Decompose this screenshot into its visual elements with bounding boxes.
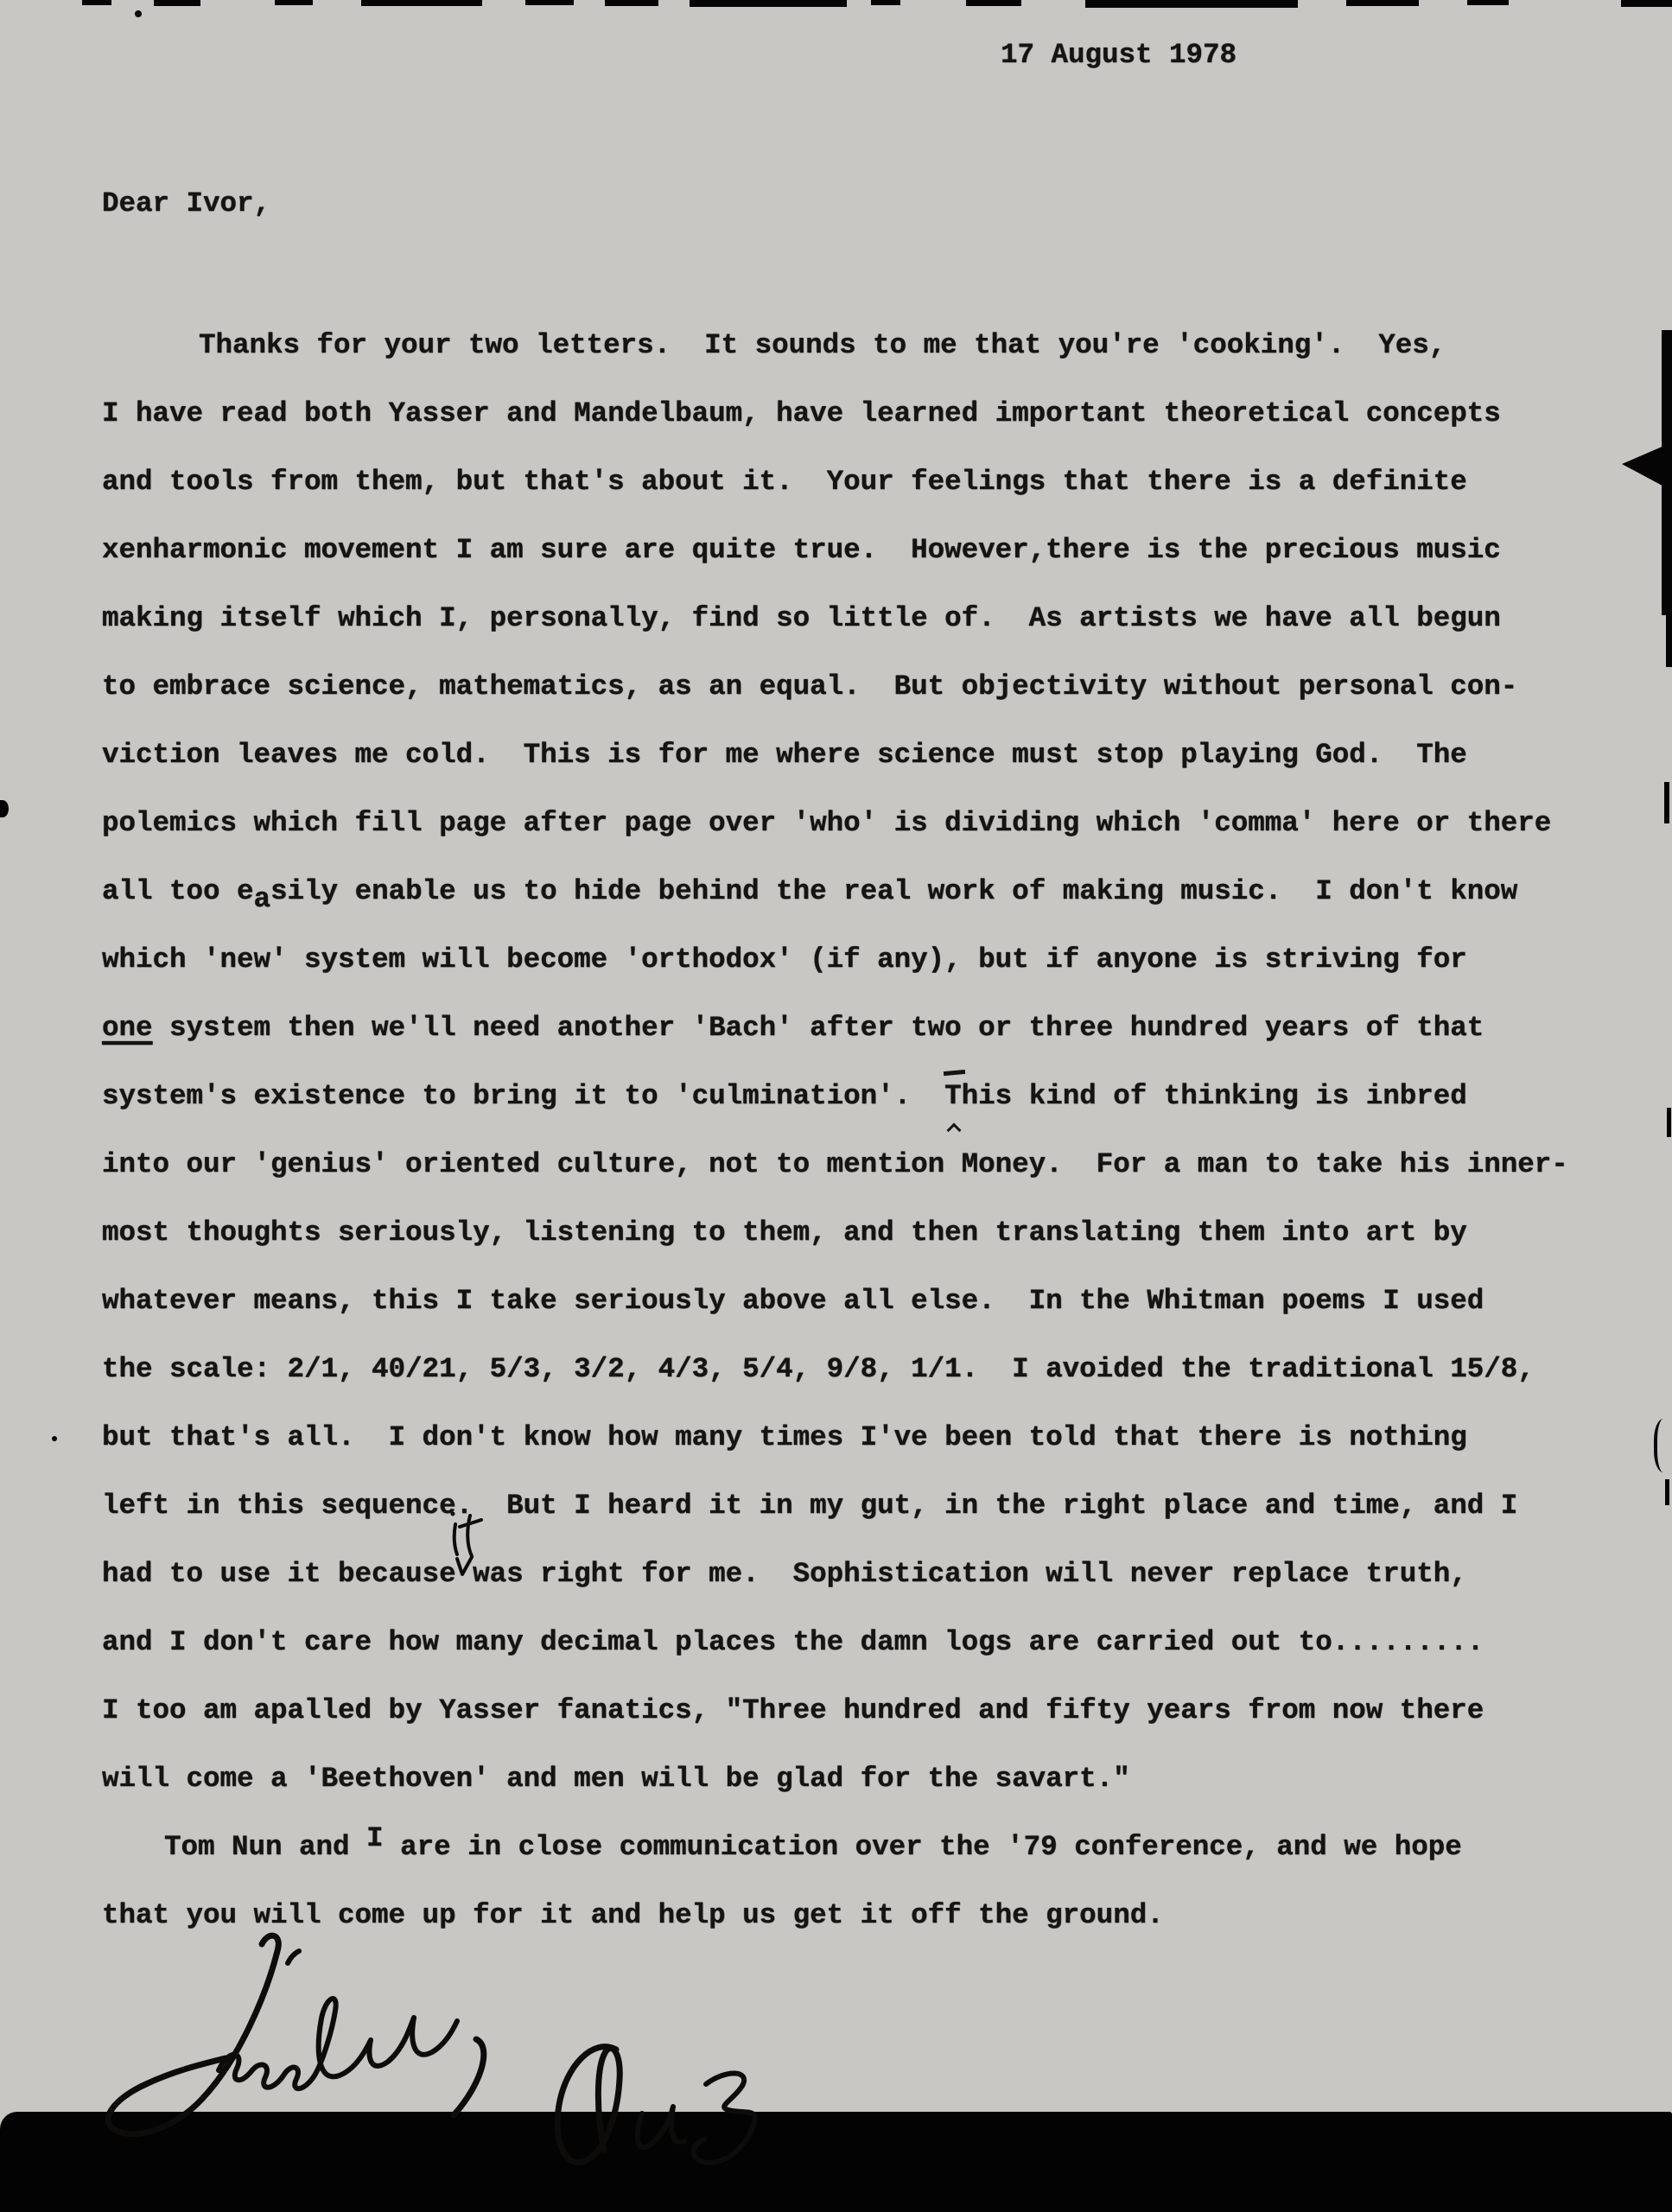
letter-segment-overmark: This xyxy=(944,1080,1012,1112)
letter-line: I too am apalled by Yasser fanatics, "Th… xyxy=(102,1694,1484,1728)
scan-artifact-top-dash xyxy=(1346,0,1419,6)
handwritten-insertion: it xyxy=(442,1507,487,1584)
letter-line: whatever means, this I take seriously ab… xyxy=(102,1284,1484,1319)
scan-artifact-top-dash xyxy=(361,0,482,6)
letter-segment: but that's all. I don't know how many ti… xyxy=(102,1421,1467,1453)
letter-segment: system's existence to bring it to 'culmi… xyxy=(102,1080,944,1112)
scan-artifact-top-dash xyxy=(871,0,900,5)
letter-line: and I don't care how many decimal places… xyxy=(102,1625,1484,1660)
letter-line: but that's all. I don't know how many ti… xyxy=(102,1421,1467,1455)
letter-segment: viction leaves me cold. This is for me w… xyxy=(102,739,1467,771)
scan-artifact-right-tick xyxy=(1667,1108,1671,1137)
signature-valediction: Sincerely, xyxy=(73,1929,523,2158)
scan-artifact-arrowhead xyxy=(1622,442,1672,491)
letter-segment: Thanks for your two letters. It sounds t… xyxy=(199,329,1446,361)
letter-line: all too easily enable us to hide behind … xyxy=(102,874,1517,909)
scan-artifact-right-strip xyxy=(1666,615,1672,667)
letter-segment: sily enable us to hide behind the real w… xyxy=(270,875,1517,907)
scan-artifact-top-dash xyxy=(690,0,847,7)
letter-segment: most thoughts seriously, listening to th… xyxy=(102,1217,1467,1249)
letter-line: had to use it because was right for me. … xyxy=(102,1557,1467,1592)
letter-segment: xenharmonic movement I am sure are quite… xyxy=(102,534,1501,566)
letter-line: making itself which I, personally, find … xyxy=(102,601,1501,636)
letter-segment: which 'new' system will become 'orthodox… xyxy=(102,944,1467,976)
letter-line: most thoughts seriously, listening to th… xyxy=(102,1216,1467,1250)
letter-date: 17 August 1978 xyxy=(1001,38,1237,73)
letter-line: left in this sequence. But I heard it in… xyxy=(102,1489,1517,1523)
letter-line: viction leaves me cold. This is for me w… xyxy=(102,738,1467,772)
letter-line: and tools from them, but that's about it… xyxy=(102,465,1467,499)
letter-salutation: Dear Ivor, xyxy=(102,187,270,221)
scan-artifact-top-dash xyxy=(1467,0,1509,5)
scan-artifact-top-dash xyxy=(1085,0,1298,8)
letter-line: Thanks for your two letters. It sounds t… xyxy=(102,328,1446,363)
letter-line: will come a 'Beethoven' and men will be … xyxy=(102,1762,1130,1796)
signature-name-handwriting xyxy=(531,2029,799,2193)
letter-segment-sup: I xyxy=(366,1822,384,1854)
scan-artifact-right-curve xyxy=(1654,1419,1672,1472)
letter-segment: and I don't care how many decimal places… xyxy=(102,1626,1484,1658)
letter-segment: and tools from them, but that's about it… xyxy=(102,466,1467,498)
scan-artifact-top-dash xyxy=(82,0,111,5)
letter-segment: are in close communication over the '79 … xyxy=(384,1831,1462,1863)
letter-line: which 'new' system will become 'orthodox… xyxy=(102,943,1467,977)
letter-segment: that you will come up for it and help us… xyxy=(102,1899,1164,1931)
letter-line: Tom Nun and I are in close communication… xyxy=(102,1830,1462,1865)
letter-segment: kind of thinking is inbred xyxy=(1012,1080,1467,1112)
letter-line: system's existence to bring it to 'culmi… xyxy=(102,1079,1467,1114)
letter-segment: whatever means, this I take seriously ab… xyxy=(102,1285,1484,1317)
scan-artifact-top-dash xyxy=(275,0,313,5)
handwritten-insertion-strokes xyxy=(442,1507,487,1580)
letter-segment: making itself which I, personally, find … xyxy=(102,602,1501,634)
letter-segment: to embrace science, mathematics, as an e… xyxy=(102,671,1517,702)
letter-segment: into our 'genius' oriented culture, not … xyxy=(102,1148,1568,1180)
letter-segment: had to use it because was right for me. … xyxy=(102,1558,1467,1590)
letter-line: the scale: 2/1, 40/21, 5/3, 3/2, 4/3, 5/… xyxy=(102,1352,1535,1387)
scan-artifact-dot xyxy=(52,1436,57,1441)
valediction-handwriting xyxy=(73,1929,523,2153)
scan-artifact-left-mark xyxy=(0,800,9,817)
letter-line: that you will come up for it and help us… xyxy=(102,1898,1164,1933)
letter-segment: will come a 'Beethoven' and men will be … xyxy=(102,1763,1130,1795)
letter-segment: Tom Nun and xyxy=(164,1831,366,1863)
scan-artifact-top-dash xyxy=(154,0,200,6)
letter-segment: all too e xyxy=(102,875,254,907)
letter-segment: system then we'll need another 'Bach' af… xyxy=(153,1012,1484,1044)
letter-segment-sub: a xyxy=(254,883,271,915)
scan-artifact-top-dash xyxy=(605,0,658,6)
letter-segment: polemics which fill page after page over… xyxy=(102,807,1551,839)
letter-segment: the scale: 2/1, 40/21, 5/3, 3/2, 4/3, 5/… xyxy=(102,1353,1535,1385)
letter-segment: I have read both Yasser and Mandelbaum, … xyxy=(102,397,1501,429)
scan-artifact-top-dash xyxy=(966,0,1021,6)
letter-line: xenharmonic movement I am sure are quite… xyxy=(102,533,1501,568)
letter-segment: I too am apalled by Yasser fanatics, "Th… xyxy=(102,1694,1484,1726)
letter-line: one system then we'll need another 'Bach… xyxy=(102,1011,1484,1046)
letter-line: to embrace science, mathematics, as an e… xyxy=(102,670,1517,704)
scan-artifact-right-tick xyxy=(1665,1479,1669,1505)
letter-line: I have read both Yasser and Mandelbaum, … xyxy=(102,397,1501,431)
scan-artifact-dot xyxy=(135,10,142,17)
signature-name: Cris xyxy=(531,2029,799,2197)
scan-artifact-top-dash xyxy=(1621,0,1672,7)
letter-line: polemics which fill page after page over… xyxy=(102,806,1551,841)
scan-artifact-top-dash xyxy=(525,0,574,5)
scanned-letter-page: 17 August 1978 Dear Ivor, Thanks for you… xyxy=(0,0,1672,2212)
scan-artifact-right-tick xyxy=(1664,782,1669,823)
letter-segment: left in this sequence. But I heard it in… xyxy=(102,1490,1517,1522)
letter-line: into our 'genius' oriented culture, not … xyxy=(102,1147,1568,1182)
letter-segment-uline: one xyxy=(102,1012,153,1044)
